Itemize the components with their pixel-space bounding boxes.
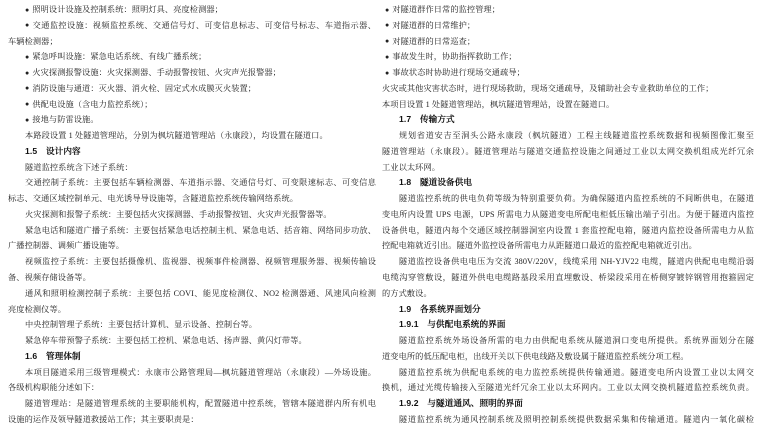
text-line: 交通控制子系统：主要包括车辆检测器、车道指示器、交通信号灯、可变限速标志、可变信… [8, 175, 376, 191]
section-heading: 1.9 各系统界面划分 [382, 302, 754, 318]
bullet-item: ●交通监控设施：视频监控系统、交通信号灯、可变信息标志、可变信号标志、车道指示器… [8, 18, 376, 34]
text-line: 隧道管理站（永康段）。隧道管理站与隧道交通监控设施之间通过工业以太网交换机组成光… [382, 144, 754, 160]
text-line: 设备供电，隧道内每个交通区域控制器洞室内设置 1 套监控配电箱，隧道内监控设备所… [382, 223, 754, 239]
text-line: 变电所内设置 UPS 电源，UPS 所需电力从隧道变电所配电柜低压输出端子引出。… [382, 207, 754, 223]
bullet-icon: ● [25, 100, 29, 108]
text-column-left: ●照明设计设施及控制系统：照明灯具、亮度检测器；●交通监控设施：视频监控系统、交… [8, 2, 376, 428]
text-line: 电缆沟穿管敷设，隧道外供电电缆路基段采用直埋敷设、桥梁段采用在桥侧穿镀锌钢管用抱… [382, 270, 754, 286]
bullet-icon: ● [25, 6, 29, 14]
text-line: 本项目设置 1 处隧道管理站，枫坑隧道管理站，设置在隧道口。 [382, 97, 754, 113]
text-line: 换机，通过光缆传输接入至隧道光纤冗余工业以太环网内。工业以太网交换机隧道监控系统… [382, 380, 754, 396]
bullet-item: ●火灾探测报警设施：火灾探测器、手动报警按钮、火灾声光报警器； [8, 65, 376, 81]
bullet-icon: ● [25, 116, 29, 124]
text-line: 本项目隧道采用三级管理模式：永康市公路管理局—枫坑隧道管理站（永康段）—外场设施… [8, 365, 376, 381]
text-line: 火灾或其他灾害状态时，进行现场救助，现场交通疏导，及辅助社会专业救助单位的工作； [382, 81, 754, 97]
section-heading: 1.5 设计内容 [8, 144, 376, 160]
text-line: 广播控制器、调频广播设施等。 [8, 238, 376, 254]
bullet-icon: ● [25, 84, 29, 92]
bullet-item: ●紧急呼叫设施：紧急电话系统、有线广播系统； [8, 49, 376, 65]
section-heading: 1.7 传输方式 [382, 112, 754, 128]
text-line: 通风和照明检测控制子系统：主要包括 COVI、能见度检测仪、NO2 检测器通、风… [8, 286, 376, 302]
text-line: 道变电所的低压配电柜，出线开关以下供电线路及敷设属于隧道监控系统分项工程。 [382, 349, 754, 365]
text-line: 中央控制管理子系统：主要包括计算机、显示设备、控制台等。 [8, 317, 376, 333]
bullet-icon: ● [385, 21, 389, 29]
bullet-item: ●事故发生时，协助指挥救助工作； [382, 49, 754, 65]
text-line: 本路段设置 1 处隧道管理站，分别为枫坑隧道管理站（永康段），均设置在隧道口。 [8, 128, 376, 144]
bullet-item: ●接地与防雷设施。 [8, 112, 376, 128]
section-heading: 1.8 隧道设备供电 [382, 175, 754, 191]
bullet-icon: ● [385, 69, 389, 77]
text-line: 备、视频存储设备等。 [8, 270, 376, 286]
text-line: 视频监控子系统：主要包括摄像机、监视器、视频事件检测器、视频管理服务器、视频传输… [8, 254, 376, 270]
document-page: ●照明设计设施及控制系统：照明灯具、亮度检测器；●交通监控设施：视频监控系统、交… [0, 0, 760, 428]
text-line: 亮度检测仪等。 [8, 302, 376, 318]
text-line: 隧道监控系统外场设备所需的电力由供配电系统从隧道洞口变电所提供。系统界面划分在隧 [382, 333, 754, 349]
bullet-icon: ● [385, 37, 389, 45]
text-line: 规划省道安吉至洞头公路永康段（枫坑隧道）工程主线隧道监控系统数据和视频图像汇聚至 [382, 128, 754, 144]
text-line: 控配电箱就近引出。隧道外监控设备所需电力从距隧道口最近的监控配电箱就近引出。 [382, 238, 754, 254]
bullet-icon: ● [385, 6, 389, 14]
text-line: 紧急电话和隧道广播子系统：主要包括紧急电话控制主机、紧急电话、括音箱、网络同步功… [8, 223, 376, 239]
bullet-item: ●消防设施与通道：灭火器、消火栓、固定式水成膜灭火装置； [8, 81, 376, 97]
bullet-icon: ● [385, 53, 389, 61]
text-line: 隧道监控设备供电电压为交流 380V/220V，线缆采用 NH-YJV22 电缆… [382, 254, 754, 270]
section-heading: 1.9.2 与隧道通风、照明的界面 [382, 396, 754, 412]
text-line: 隧道监控系统为通风控制系统及照明控制系统提供数据采集和传输通道。隧道内一氧化碳检 [382, 412, 754, 428]
bullet-icon: ● [25, 21, 30, 29]
text-line: 隧道监控系统为供配电系统的电力监控系统提供传输通道。隧道变电所内设置工业以太网交 [382, 365, 754, 381]
text-line: 各级机构职能分述如下： [8, 380, 376, 396]
bullet-icon: ● [25, 53, 29, 61]
bullet-icon: ● [25, 69, 29, 77]
text-line: 车辆检测器； [8, 34, 376, 50]
text-line: 隧道监控系统的供电负荷等级为特别重要负荷。为确保隧道内监控系统的不间断供电，在隧… [382, 191, 754, 207]
bullet-item: ●对隧道群作日常的监控管理； [382, 2, 754, 18]
section-heading: 1.6 管理体制 [8, 349, 376, 365]
text-line: 的方式敷设。 [382, 286, 754, 302]
text-line: 火灾探测和报警子系统：主要包括火灾探测器、手动报警按钮、火灾声光报警器等。 [8, 207, 376, 223]
text-line: 设施的运作及领导隧道救援站工作；其主要职责是： [8, 412, 376, 428]
text-line: 隧道监控系统含下述子系统： [8, 160, 376, 176]
section-heading: 1.9.1 与供配电系统的界面 [382, 317, 754, 333]
text-line: 隧道管理站：是隧道管理系统的主要职能机构，配置隧道中控系统，管辖本隧道群内所有机… [8, 396, 376, 412]
text-line: 工业以太环网。 [382, 160, 754, 176]
bullet-item: ●照明设计设施及控制系统：照明灯具、亮度检测器； [8, 2, 376, 18]
text-line: 紧急停车带预警子系统：主要包括工控机、紧急电话、扬声器、黄闪灯带等。 [8, 333, 376, 349]
bullet-item: ●对隧道群的日常维护； [382, 18, 754, 34]
text-line: 标志、交通区域控制单元、电光诱导导设施等，含隧道监控系统传输网络系统。 [8, 191, 376, 207]
text-column-right: ●对隧道群作日常的监控管理；●对隧道群的日常维护；●对隧道群的日常巡查；●事故发… [382, 2, 754, 428]
bullet-item: ●事故状态时协助进行现场交通疏导； [382, 65, 754, 81]
bullet-item: ●供配电设施（含电力监控系统）； [8, 97, 376, 113]
bullet-item: ●对隧道群的日常巡查； [382, 34, 754, 50]
